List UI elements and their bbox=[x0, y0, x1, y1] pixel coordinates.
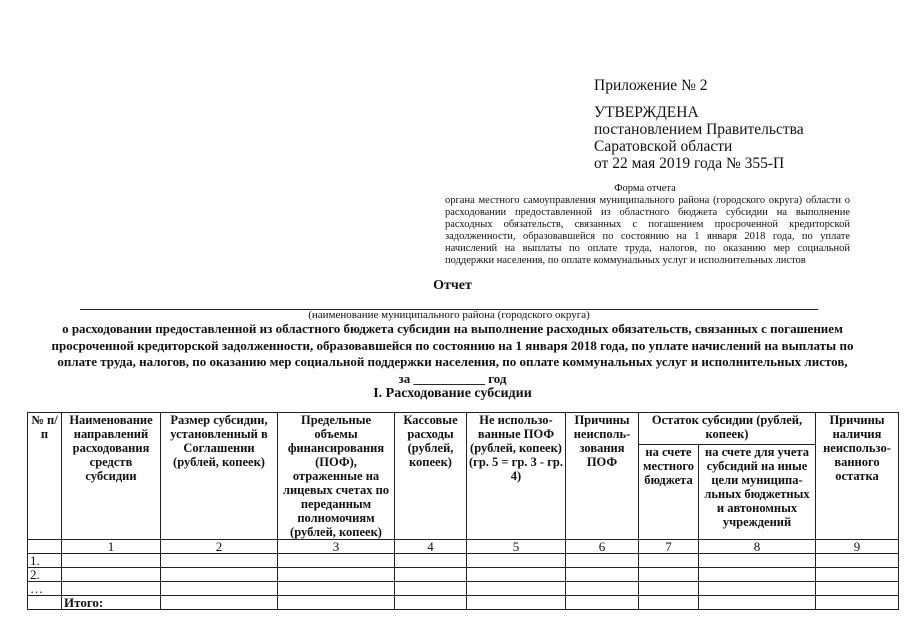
approved-label: УТВЕРЖДЕНА bbox=[594, 104, 804, 121]
report-title: Отчет bbox=[0, 278, 905, 294]
table-cell[interactable] bbox=[467, 568, 566, 582]
row-number: … bbox=[28, 582, 62, 596]
table-cell[interactable] bbox=[639, 596, 699, 610]
table-cell[interactable] bbox=[639, 554, 699, 568]
table-cell[interactable] bbox=[699, 554, 816, 568]
column-number bbox=[28, 540, 62, 554]
table-cell[interactable] bbox=[467, 554, 566, 568]
table-cell[interactable] bbox=[816, 554, 899, 568]
table-cell[interactable] bbox=[278, 582, 395, 596]
column-number: 4 bbox=[395, 540, 467, 554]
form-title: Форма отчета bbox=[440, 183, 850, 194]
report-body: о расходовании предоставленной из област… bbox=[45, 321, 860, 387]
table-cell[interactable] bbox=[278, 554, 395, 568]
total-label: Итого: bbox=[62, 596, 161, 610]
header-reasons-pof: Причины неисполь-зования ПОФ bbox=[566, 413, 639, 540]
table-cell[interactable] bbox=[699, 582, 816, 596]
table-cell[interactable] bbox=[467, 582, 566, 596]
table-cell[interactable] bbox=[161, 596, 278, 610]
column-number: 8 bbox=[699, 540, 816, 554]
table-cell[interactable] bbox=[639, 582, 699, 596]
total-row: Итого: bbox=[28, 596, 899, 610]
table-cell[interactable] bbox=[395, 596, 467, 610]
header-pof: Предельные объемы финансирования (ПОФ), … bbox=[278, 413, 395, 540]
municipality-name-caption: (наименование муниципального района (гор… bbox=[80, 309, 818, 321]
table-cell[interactable] bbox=[161, 554, 278, 568]
column-number: 2 bbox=[161, 540, 278, 554]
table-cell[interactable] bbox=[278, 596, 395, 610]
table-cell[interactable] bbox=[395, 582, 467, 596]
column-number: 9 bbox=[816, 540, 899, 554]
table-cell[interactable] bbox=[395, 554, 467, 568]
table-cell[interactable] bbox=[278, 568, 395, 582]
approval-line-3: от 22 мая 2019 года № 355-П bbox=[594, 155, 804, 172]
table-cell[interactable] bbox=[467, 596, 566, 610]
table-cell[interactable] bbox=[816, 582, 899, 596]
header-row-1: № п/п Наименование направлений расходова… bbox=[28, 413, 899, 445]
form-description: органа местного самоуправления муниципал… bbox=[445, 195, 850, 267]
table-cell[interactable] bbox=[699, 568, 816, 582]
report-period: за ___________ год bbox=[45, 371, 860, 388]
column-number: 3 bbox=[278, 540, 395, 554]
header-remainder: Остаток субсидии (рублей, копеек) bbox=[639, 413, 816, 445]
column-number: 1 bbox=[62, 540, 161, 554]
section-title: I. Расходование субсидии bbox=[0, 386, 905, 402]
row-number: 1. bbox=[28, 554, 62, 568]
table-cell[interactable] bbox=[639, 568, 699, 582]
table-cell[interactable] bbox=[699, 596, 816, 610]
subsidy-table: № п/п Наименование направлений расходова… bbox=[27, 412, 899, 610]
approval-line-1: постановлением Правительства bbox=[594, 121, 804, 138]
header-unused-pof: Не использо-ванные ПОФ (рублей, копеек) … bbox=[467, 413, 566, 540]
table-cell[interactable] bbox=[62, 582, 161, 596]
header-remainder-other: на счете для учета субсидий на иные цели… bbox=[699, 445, 816, 540]
table-cell[interactable] bbox=[566, 596, 639, 610]
table-row: 2. bbox=[28, 568, 899, 582]
table-cell[interactable] bbox=[161, 568, 278, 582]
column-number: 5 bbox=[467, 540, 566, 554]
table-cell[interactable] bbox=[816, 596, 899, 610]
table-row: … bbox=[28, 582, 899, 596]
table-cell[interactable] bbox=[62, 568, 161, 582]
header-amount: Размер субсидии, установленный в Соглаше… bbox=[161, 413, 278, 540]
column-number: 6 bbox=[566, 540, 639, 554]
approval-block: Приложение № 2 УТВЕРЖДЕНА постановлением… bbox=[594, 77, 804, 172]
table-cell[interactable] bbox=[566, 554, 639, 568]
appendix-label: Приложение № 2 bbox=[594, 77, 804, 94]
approval-line-2: Саратовской области bbox=[594, 138, 804, 155]
table-cell[interactable] bbox=[566, 582, 639, 596]
report-description: о расходовании предоставленной из област… bbox=[45, 321, 860, 371]
header-direction: Наименование направлений расходования ср… bbox=[62, 413, 161, 540]
column-number: 7 bbox=[639, 540, 699, 554]
header-num: № п/п bbox=[28, 413, 62, 540]
header-cash: Кассовые расходы (рублей, копеек) bbox=[395, 413, 467, 540]
table-cell[interactable] bbox=[566, 568, 639, 582]
table-cell[interactable] bbox=[816, 568, 899, 582]
table-row: 1. bbox=[28, 554, 899, 568]
column-number-row: 1 2 3 4 5 6 7 8 9 bbox=[28, 540, 899, 554]
row-number: 2. bbox=[28, 568, 62, 582]
table-cell[interactable] bbox=[395, 568, 467, 582]
table-cell bbox=[28, 596, 62, 610]
table-cell[interactable] bbox=[161, 582, 278, 596]
table-cell[interactable] bbox=[62, 554, 161, 568]
header-remainder-local: на счете местного бюджета bbox=[639, 445, 699, 540]
header-reasons-remainder: Причины наличия неиспользо-ванного остат… bbox=[816, 413, 899, 540]
